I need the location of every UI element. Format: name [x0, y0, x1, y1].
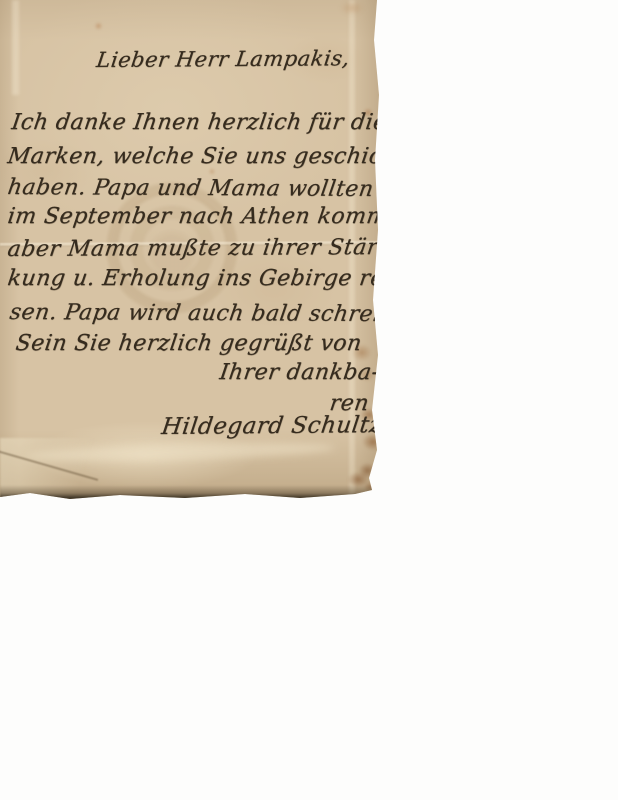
- stain: [208, 168, 216, 175]
- body-line: Sein Sie herzlich gegrüßt von: [14, 331, 364, 356]
- stain: [334, 0, 370, 20]
- signature-line: Hildegard Schultze.: [160, 412, 406, 440]
- stain: [94, 22, 103, 30]
- body-line: Marken, welche Sie uns geschickt: [6, 144, 407, 169]
- body-line: im September nach Athen kommen,: [6, 204, 425, 229]
- body-line: haben. Papa und Mama wollten: [6, 175, 375, 202]
- salutation-line: Lieber Herr Lampakis,: [95, 46, 351, 72]
- body-line: kung u. Erholung ins Gebirge rei-: [6, 266, 401, 291]
- body-line: Ich danke Ihnen herzlich für die: [10, 110, 388, 135]
- letter-paper: Lieber Herr Lampakis, Ich danke Ihnen he…: [0, 0, 381, 500]
- body-line: aber Mama mußte zu ihrer Stär-: [6, 235, 388, 262]
- letter-scan: Lieber Herr Lampakis, Ich danke Ihnen he…: [0, 0, 618, 800]
- body-line: sen. Papa wird auch bald schreiben.: [8, 300, 433, 327]
- paper-bottom-edge-shadow: [0, 485, 381, 500]
- closing-line: Ihrer dankba-: [218, 360, 381, 385]
- vertical-crease-left: [12, 0, 19, 95]
